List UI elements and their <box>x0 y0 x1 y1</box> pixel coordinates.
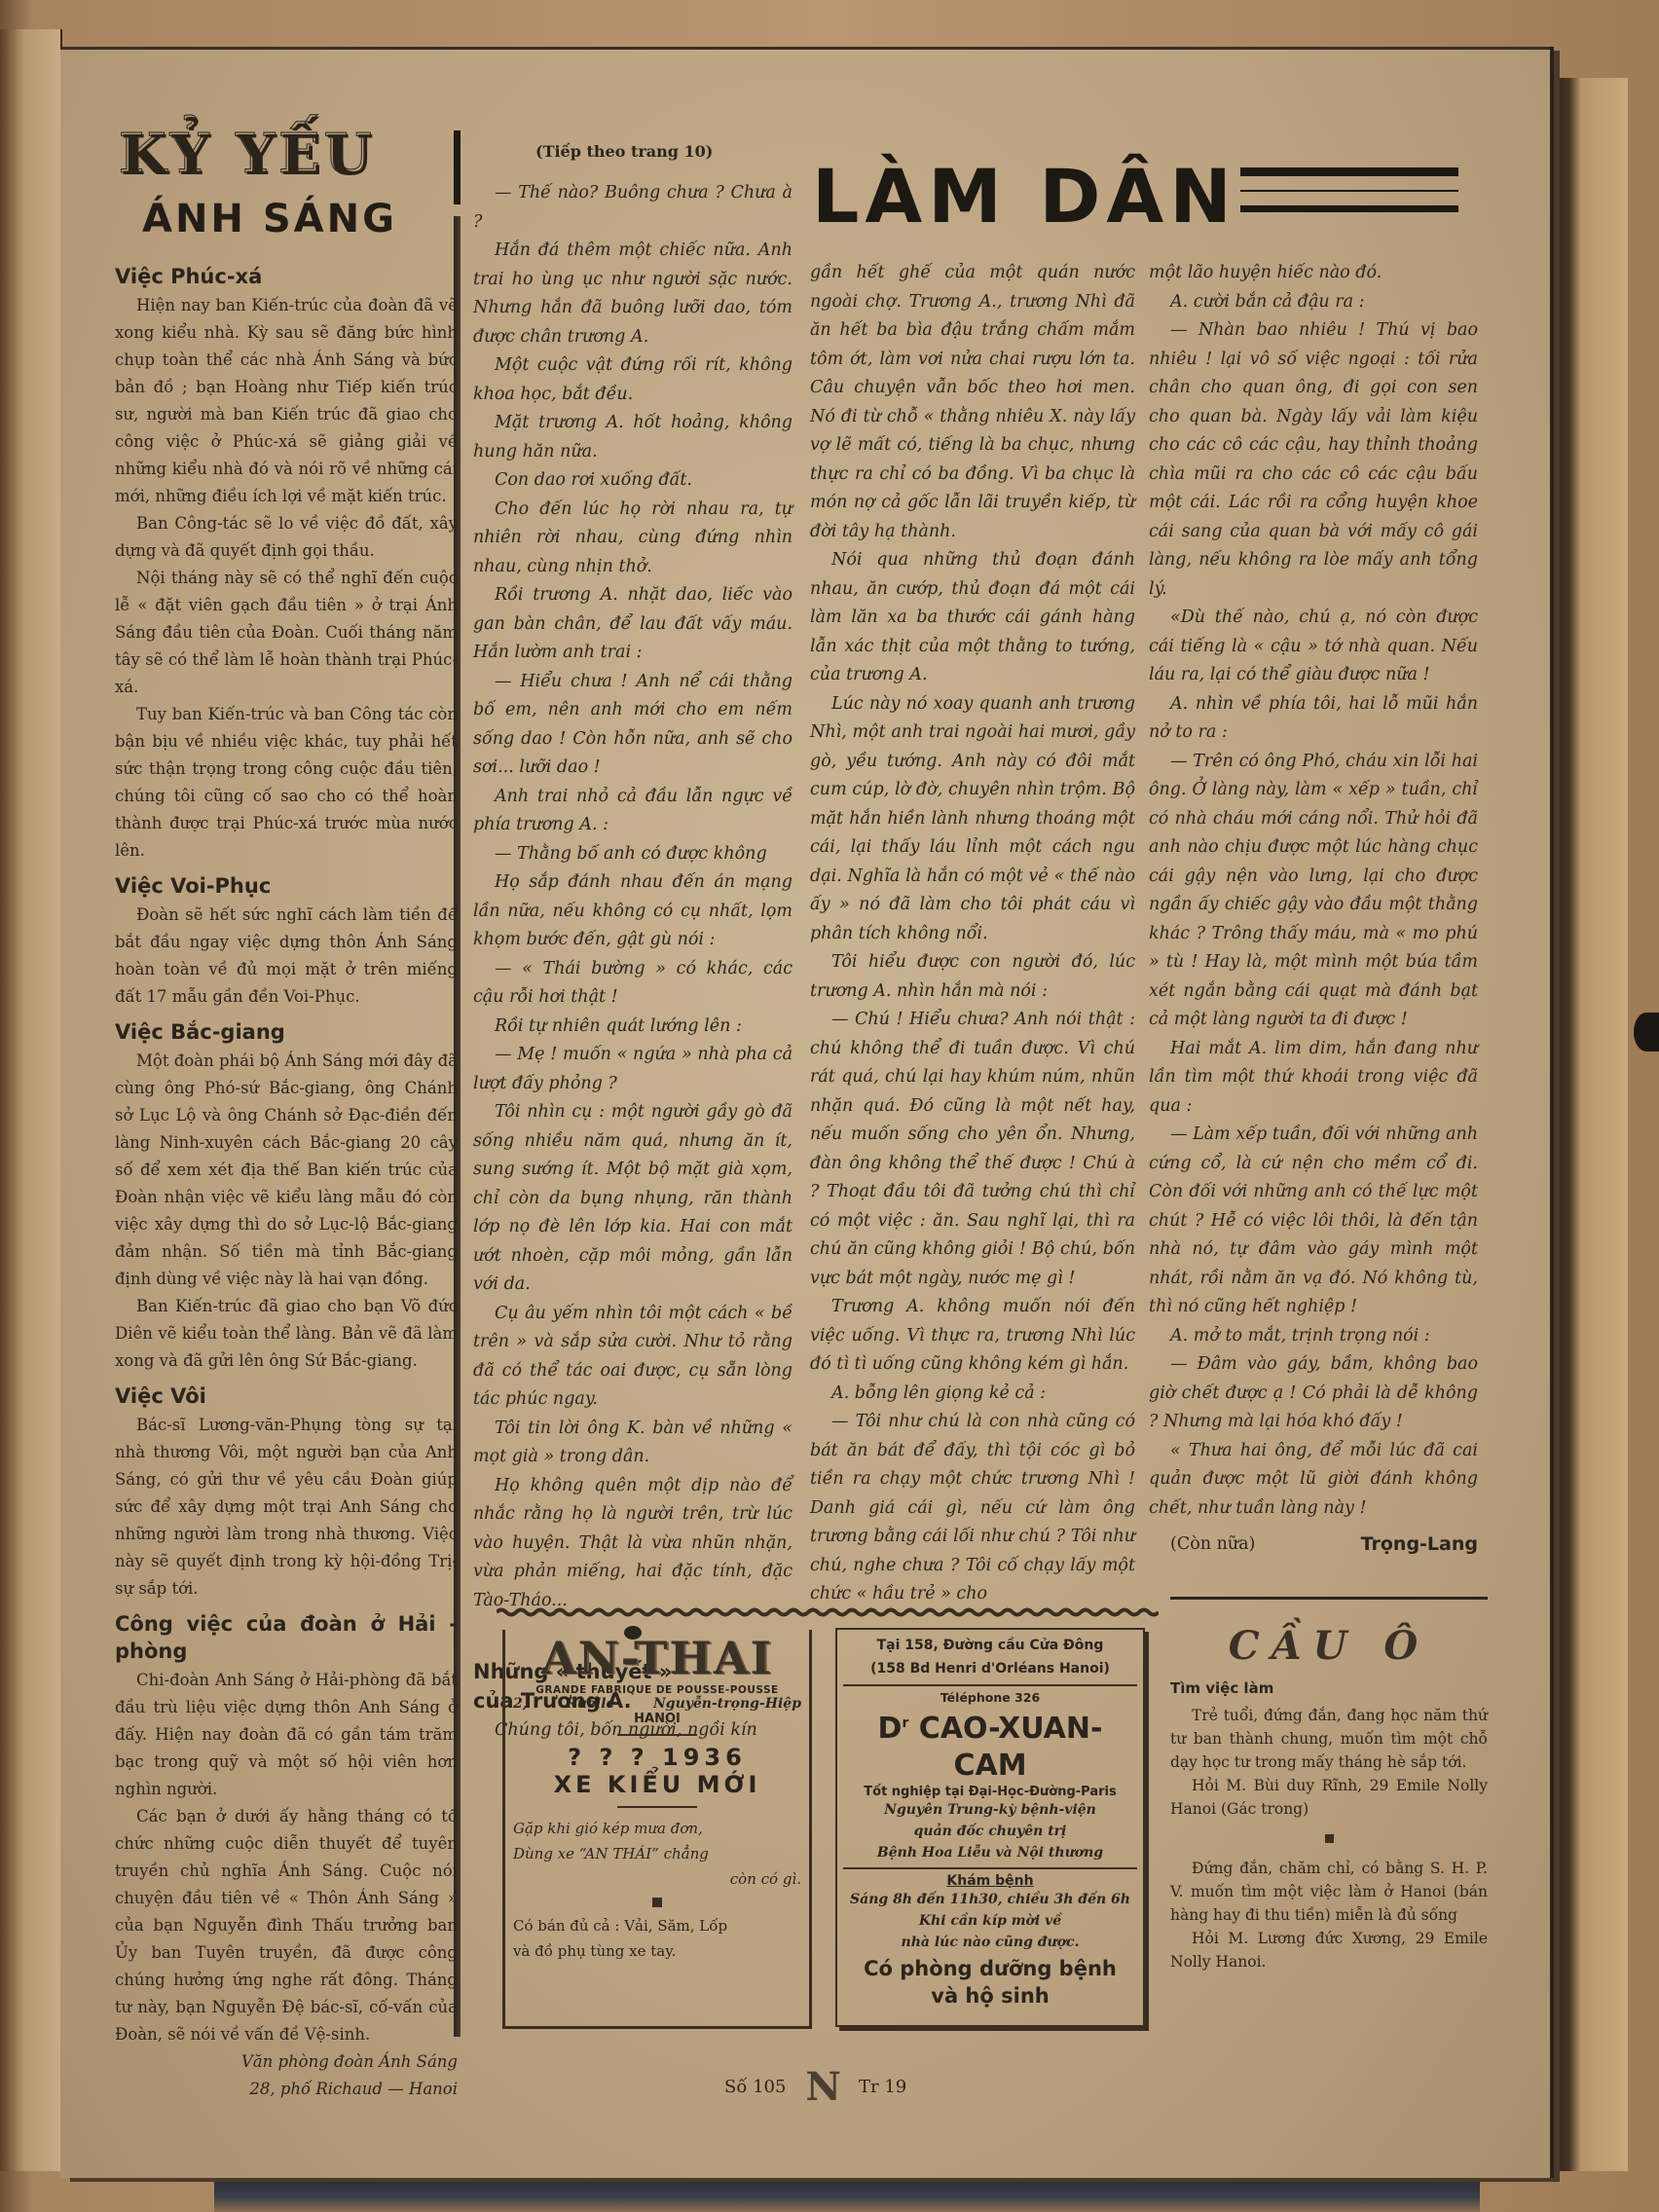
paragraph: Các bạn ở dưới ấy hằng tháng có tổ chức … <box>115 1803 458 2048</box>
paragraph: Hiện nay ban Kiến-trúc của đoàn đã vẽ xo… <box>115 292 458 510</box>
paragraph: «Dù thế nào, chú ạ, nó còn được cái tiến… <box>1149 604 1478 690</box>
page-number: Tr 19 <box>859 2077 906 2097</box>
doctor-line: Bệnh Hoa Liễu và Nội thương <box>843 1842 1137 1863</box>
author-name: Trọng-Lang <box>1361 1530 1478 1560</box>
paragraph: Rồi trương A. nhặt dao, liếc vào gan bàn… <box>473 581 793 668</box>
paragraph: Nói qua những thủ đoạn đánh nhau, ăn cướ… <box>810 546 1135 690</box>
paragraph: Cụ âu yếm nhìn tôi một cách « bề trên » … <box>473 1300 793 1415</box>
newspaper-logo-icon: N <box>805 2064 839 2110</box>
parts-line: Có bán đủ cả : Vải, Săm, Lốp <box>513 1913 801 1938</box>
paragraph: Rồi tự nhiên quát lướng lên : <box>473 1013 793 1042</box>
section-heading: Việc Bắc-giang <box>115 1018 458 1046</box>
ad-brand: AN-THAI <box>513 1632 801 1684</box>
square-bullet-icon <box>652 1898 662 1907</box>
divider <box>617 1734 697 1736</box>
paragraph: Một đoàn phái bộ Ánh Sáng mới đây đã cùn… <box>115 1048 458 1293</box>
paragraph: — Hiểu chưa ! Anh nể cái thằng bố em, nê… <box>473 668 793 783</box>
ad-year: ? ? ? 1936 <box>513 1744 801 1771</box>
paragraph: — Đâm vào gáy, bầm, không bao giờ chết đ… <box>1149 1350 1478 1437</box>
paragraph: Một cuộc vật đứng rối rít, không khoa họ… <box>473 351 793 409</box>
ad-an-thai: AN-THAI GRANDE FABRIQUE DE POUSSE-POUSSE… <box>502 1630 812 2029</box>
paragraph: — Làm xếp tuần, đối với những anh cứng c… <box>1149 1121 1478 1322</box>
ad-subtitle: GRANDE FABRIQUE DE POUSSE-POUSSE <box>513 1684 801 1696</box>
paragraph: Nội tháng này sẽ có thể nghĩ đến cuộc lễ… <box>115 565 458 701</box>
kyyeu-title: KỶ YẾU <box>119 125 450 183</box>
cau-o-subheading: Tìm việc làm <box>1170 1677 1488 1700</box>
headline-lam-dan: LÀM DÂN <box>812 156 1237 238</box>
ad-doctor-cao-xuan-cam: Tại 158, Đường cầu Cửa Đông (158 Bd Henr… <box>835 1628 1145 2027</box>
section-heading: Việc Voi-Phục <box>115 872 458 900</box>
paragraph: A. cười bắn cả đậu ra : <box>1149 288 1478 317</box>
paragraph: « Thưa hai ông, để mỗi lúc đã cai quản đ… <box>1149 1437 1478 1524</box>
paragraph: gần hết ghế của một quán nước ngoài chợ.… <box>810 259 1135 546</box>
classified-contact: Hỏi M. Bùi duy Rĩnh, 29 Emile Nolly Hano… <box>1170 1774 1488 1821</box>
paragraph: Mặt trương A. hốt hoảng, không hung hăn … <box>473 409 793 466</box>
kyyeu-column: Việc Phúc-xáHiện nay ban Kiến-trúc của đ… <box>115 255 458 2103</box>
page-footer: Số 105 N Tr 19 <box>724 2064 906 2110</box>
article-signature: (Còn nữa)Trọng-Lang <box>1149 1530 1478 1560</box>
section-rule <box>1170 1597 1488 1600</box>
doctor-address-fr: (158 Bd Henri d'Orléans Hanoi) <box>843 1657 1137 1680</box>
wavy-divider <box>497 1606 1159 1618</box>
left-page-edge <box>0 29 62 2171</box>
hours: Sáng 8h đến 11h30, chiều 3h đến 6h <box>843 1889 1137 1910</box>
cau-o-title: CẦU Ô <box>1170 1620 1488 1673</box>
column-rule <box>454 130 461 204</box>
doctor-address: Tại 158, Đường cầu Cửa Đông <box>843 1634 1137 1657</box>
section-heading: Việc Phúc-xá <box>115 263 458 290</box>
slogan-line: còn có gì. <box>513 1866 801 1892</box>
name-text: CAO-XUAN-CAM <box>919 1712 1103 1783</box>
paragraph: Tôi hiểu được con người đó, lúc trương A… <box>810 948 1135 1006</box>
issue-number: Số 105 <box>724 2077 786 2097</box>
paragraph: Con dao rơi xuống đất. <box>473 466 793 496</box>
address-number: 2, <box>513 1696 528 1712</box>
parts-line: và đồ phụ tùng xe tay. <box>513 1938 801 1964</box>
continued-note: (Tiếp theo trang 10) <box>535 142 713 161</box>
divider <box>843 1684 1137 1686</box>
paragraph: Đoàn sẽ hết sức nghĩ cách làm tiền để bắ… <box>115 902 458 1011</box>
square-bullet-icon <box>1325 1834 1334 1843</box>
paragraph: A. nhìn về phía tôi, hai lỗ mũi hắn nở t… <box>1149 690 1478 748</box>
paragraph: — Thằng bố anh có được không <box>473 840 793 869</box>
address-street: Ruelle <box>566 1696 614 1712</box>
ad-address: 2, Ruelle Nguyễn-trọng-Hiệp <box>513 1696 801 1712</box>
anhsang-title: ÁNH SÁNG <box>142 197 454 241</box>
paragraph: Anh trai nhỏ cả đầu lẫn ngực về phía trư… <box>473 783 793 840</box>
section-heading: Công việc của đoàn ở Hải - phòng <box>115 1610 458 1665</box>
ad-city: HANOI <box>513 1712 801 1726</box>
paragraph: — Thế nào? Buông chưa ? Chưa à ? <box>473 179 793 237</box>
to-be-continued: (Còn nữa) <box>1149 1530 1255 1560</box>
slogan-line: Dùng xe “AN THÁI” chẳng <box>513 1841 801 1866</box>
address-name: Nguyễn-trọng-Hiệp <box>653 1696 801 1712</box>
slogan-line: Gặp khi gió kép mưa đơn, <box>513 1816 801 1841</box>
doctor-name: Dr CAO-XUAN-CAM <box>843 1705 1137 1785</box>
lamdan-column-2: gần hết ghế của một quán nước ngoài chợ.… <box>810 259 1135 1609</box>
paragraph: — « Thái bường » có khác, các cậu rỗi hơ… <box>473 955 793 1013</box>
paragraph: Tôi tin lời ông K. bàn về những « mọt gi… <box>473 1415 793 1472</box>
bottom-binding <box>214 2175 1480 2212</box>
lamdan-column-1: — Thế nào? Buông chưa ? Chưa à ?Hắn đá t… <box>473 179 793 1745</box>
paragraph: Lúc này nó xoay quanh anh trương Nhì, mộ… <box>810 690 1135 949</box>
paragraph: Hai mắt A. lim dim, hắn đang như lần tìm… <box>1149 1035 1478 1122</box>
paragraph: Họ sắp đánh nhau đến án mạng lần nữa, nế… <box>473 868 793 955</box>
clinic-tagline: và hộ sinh <box>843 1984 1137 2008</box>
binder-clip <box>1634 1013 1659 1051</box>
title-sup: r <box>902 1715 908 1731</box>
title-prefix: D <box>878 1712 903 1746</box>
paragraph: Ban Công-tác sẽ lo về việc đồ đất, xây d… <box>115 510 458 565</box>
paragraph: — Chú ! Hiểu chưa? Anh nói thật : chú kh… <box>810 1006 1135 1293</box>
paragraph: — Nhàn bao nhiêu ! Thú vị bao nhiêu ! lạ… <box>1149 316 1478 604</box>
ad-slogan: Gặp khi gió kép mưa đơn, Dùng xe “AN THÁ… <box>513 1816 801 1892</box>
divider <box>617 1806 697 1808</box>
lamdan-column-3: một lão huyện hiếc nào đó.A. cười bắn cả… <box>1149 259 1478 1560</box>
paragraph: Bác-sĩ Lương-văn-Phụng tòng sự tại nhà t… <box>115 1412 458 1603</box>
divider <box>843 1867 1137 1869</box>
doctor-line: Nguyên Trung-kỳ bệnh-viện <box>843 1799 1137 1821</box>
paragraph: Hắn đá thêm một chiếc nữa. Anh trai ho ù… <box>473 237 793 351</box>
classified-ad: Trẻ tuổi, đứng đắn, đang học năm thứ tư … <box>1170 1704 1488 1774</box>
clinic-tagline: Có phòng dưỡng bệnh <box>843 1957 1137 1980</box>
headline-rules <box>1240 167 1458 226</box>
paragraph: một lão huyện hiếc nào đó. <box>1149 259 1478 288</box>
ad-model: XE KIỂU MỚI <box>513 1771 801 1798</box>
house-call: Khi cần kíp mời về <box>843 1910 1137 1932</box>
section-heading: Việc Vôi <box>115 1382 458 1410</box>
doctor-line: quản đốc chuyên trị <box>843 1821 1137 1842</box>
ad-parts: Có bán đủ cả : Vải, Săm, Lốp và đồ phụ t… <box>513 1913 801 1964</box>
paragraph: Tuy ban Kiến-trúc và ban Công tác còn bậ… <box>115 701 458 865</box>
cau-o-column: CẦU Ô Tìm việc làm Trẻ tuổi, đứng đắn, đ… <box>1170 1620 1488 1973</box>
paragraph: — Trên có ông Phó, cháu xin lỗi hai ông.… <box>1149 748 1478 1035</box>
doctor-telephone: Téléphone 326 <box>843 1690 1137 1705</box>
classified-ad: Đứng đắn, chăm chỉ, có bằng S. H. P. V. … <box>1170 1857 1488 1927</box>
right-book-edge <box>1550 78 1628 2171</box>
signature-address: 28, phố Richaud — Hanoi <box>115 2076 458 2103</box>
classified-contact: Hỏi M. Lương đức Xương, 29 Emile Nolly H… <box>1170 1927 1488 1973</box>
paragraph: A. bỗng lên giọng kẻ cả : <box>810 1380 1135 1409</box>
paragraph: Họ không quên một dịp nào để nhắc rằng h… <box>473 1472 793 1616</box>
paragraph: Tôi nhìn cụ : một người gầy gò đã sống n… <box>473 1098 793 1300</box>
paragraph: — Tôi như chú là con nhà cũng có bát ăn … <box>810 1408 1135 1609</box>
signature: Văn phòng đoàn Ánh Sáng <box>115 2048 458 2076</box>
paragraph: Ban Kiến-trúc đã giao cho bạn Võ đức Diê… <box>115 1293 458 1375</box>
paragraph: Trương A. không muốn nói đến việc uống. … <box>810 1293 1135 1380</box>
paragraph: Chi-đoàn Anh Sáng ở Hải-phòng đã bắt đầu… <box>115 1667 458 1803</box>
doctor-degree: Tốt nghiệp tại Đại-Học-Đường-Paris <box>843 1785 1137 1799</box>
paragraph: Cho đến lúc họ rời nhau ra, tự nhiên rời… <box>473 496 793 582</box>
paragraph: — Mẹ ! muốn « ngứa » nhà pha cả lượt đấy… <box>473 1041 793 1098</box>
house-call: nhà lúc nào cũng được. <box>843 1932 1137 1953</box>
paragraph: A. mở to mắt, trịnh trọng nói : <box>1149 1322 1478 1351</box>
hours-heading: Khám bệnh <box>843 1873 1137 1889</box>
